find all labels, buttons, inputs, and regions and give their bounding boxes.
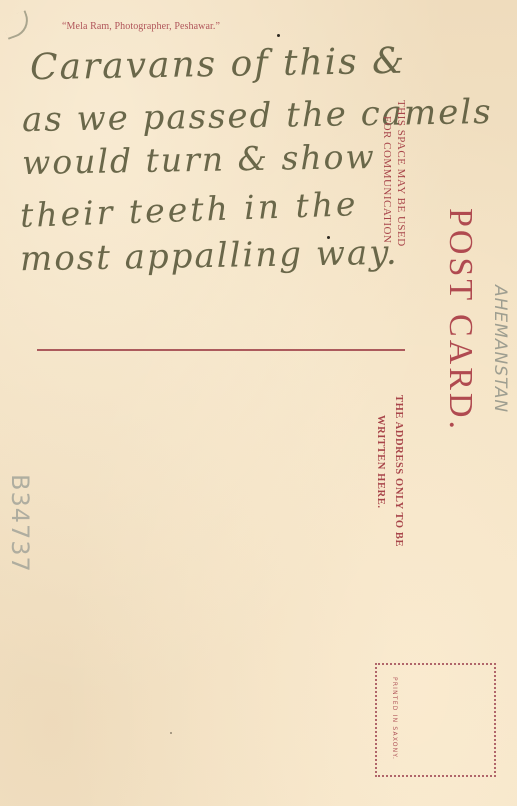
handwritten-line-5: most appalling way. <box>20 233 399 280</box>
postcard-title: POST CARD. <box>441 208 479 432</box>
communication-notice-line-1: THIS SPACE MAY BE USED <box>395 100 407 247</box>
photographer-credit: “Mela Ram, Photographer, Peshawar.” <box>62 21 220 32</box>
address-notice-line-2: WRITTEN HERE. <box>375 415 386 509</box>
corner-pencil-mark <box>1 10 33 40</box>
handwritten-line-4: their teeth in the <box>19 184 359 235</box>
message-address-divider <box>37 349 405 351</box>
ink-speck <box>327 236 330 239</box>
stamp-box: PRINTED IN SAXONY. <box>375 663 496 777</box>
handwritten-line-1: Caravans of this & <box>30 41 407 89</box>
handwritten-line-2: as we passed the camels <box>22 92 493 140</box>
printed-in-label: PRINTED IN SAXONY. <box>391 677 398 760</box>
postcard-back: “Mela Ram, Photographer, Peshawar.” Cara… <box>0 0 517 806</box>
address-notice-line-1: THE ADDRESS ONLY TO BE <box>393 395 404 547</box>
handwritten-line-3: would turn & show <box>22 137 376 182</box>
paper-speck <box>170 732 172 734</box>
ink-speck <box>277 34 280 37</box>
pencil-town-annotation: AHEMANSTAN <box>490 285 510 413</box>
communication-notice-line-2: FOR COMMUNICATION <box>381 116 393 243</box>
pencil-catalog-number: B34737 <box>6 474 34 573</box>
